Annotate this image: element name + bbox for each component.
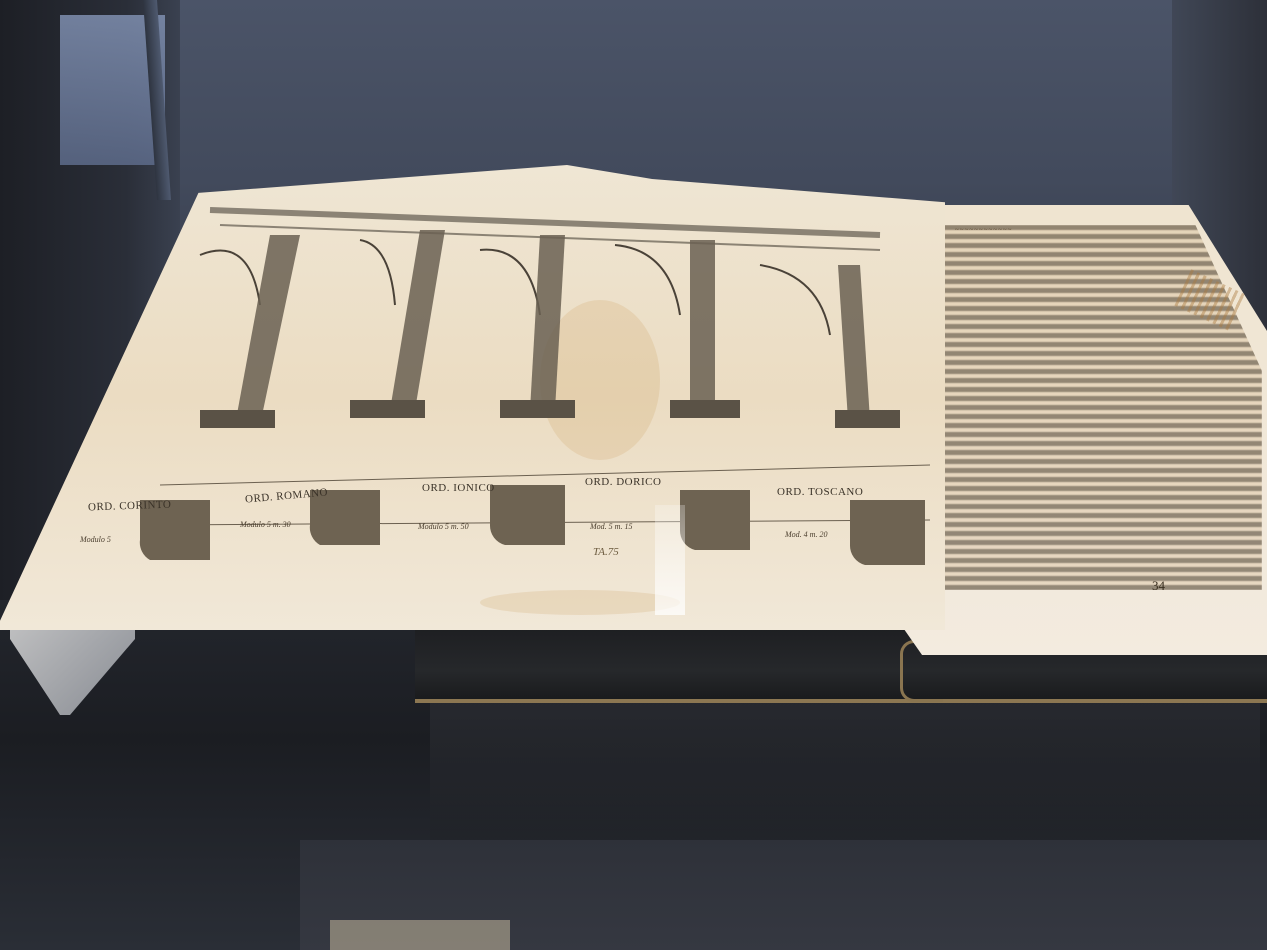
module-note-ionico: Modulo 5 m. 50 <box>418 522 469 531</box>
plate-number: TA.75 <box>593 546 619 558</box>
running-head: ~~~~~~~~~~~~ <box>955 226 1012 234</box>
order-label-ionico: ORD. IONICO <box>422 482 495 494</box>
module-note-toscano: Mod. 4 m. 20 <box>785 530 827 539</box>
module-note-corinto: Modulo 5 <box>80 535 111 544</box>
book-reflection <box>430 700 1260 840</box>
module-note-romano: Modulo 5 m. 30 <box>240 520 291 529</box>
glass-glare <box>655 505 685 615</box>
page-number: 34 <box>1152 578 1165 594</box>
lower-paper-fragment <box>330 920 510 950</box>
module-note-dorico: Mod. 5 m. 15 <box>590 522 632 531</box>
foxing-stain <box>480 590 680 615</box>
order-label-toscano: ORD. TOSCANO <box>777 486 863 498</box>
order-label-dorico: ORD. DORICO <box>585 476 661 488</box>
column-orders-engraving <box>60 195 930 570</box>
